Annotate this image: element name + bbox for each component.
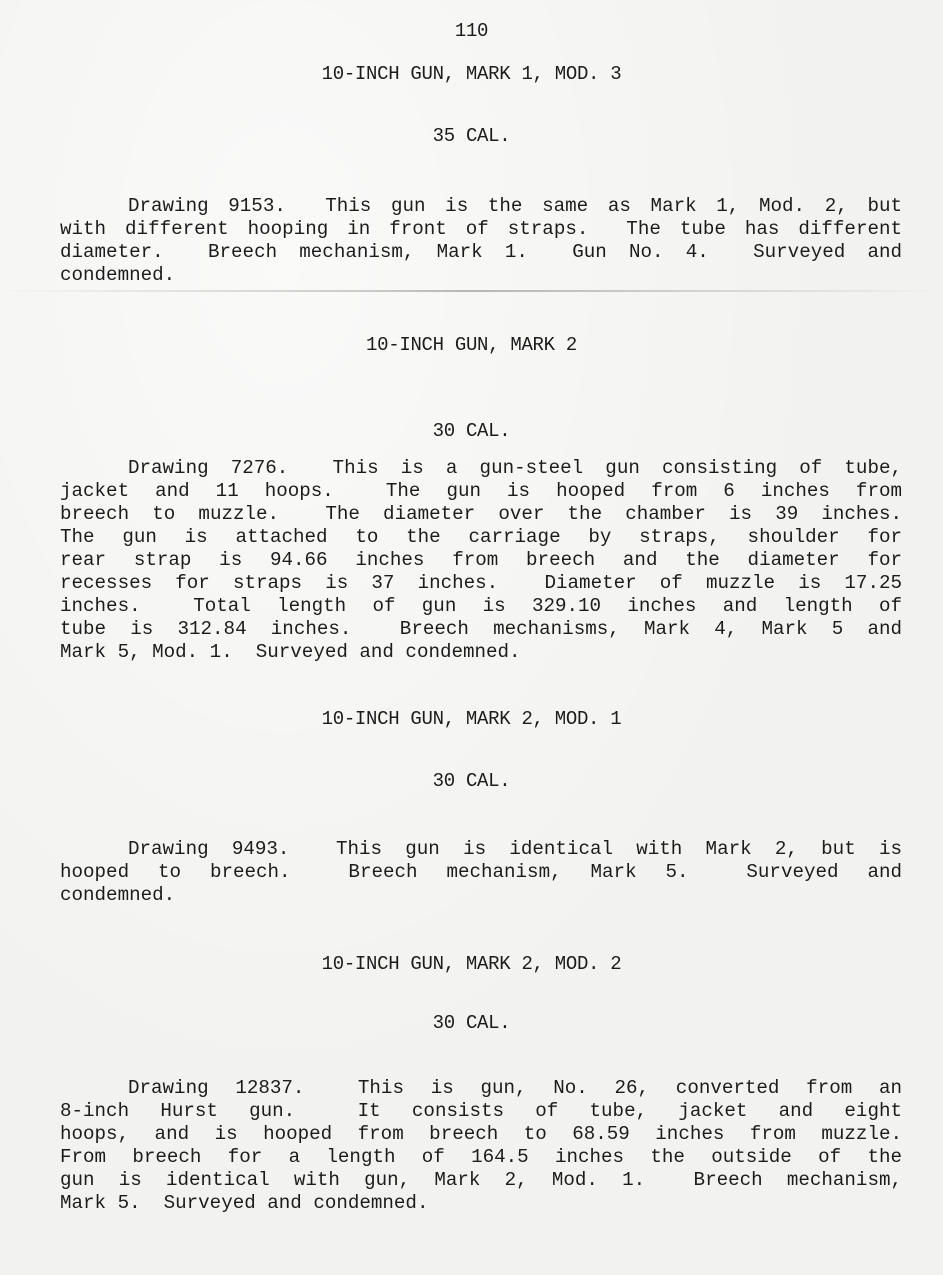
paragraph-line: Drawing 12837. This is gun, No. 26, conv… [60,1077,902,1100]
paragraph-line: tube is 312.84 inches. Breech mechanisms… [60,618,902,641]
document-page: 110 10-INCH GUN, MARK 1, MOD. 3 35 CAL. … [0,0,943,1275]
paragraph-line: hoops, and is hooped from breech to 68.5… [60,1123,902,1146]
paragraph-line: Drawing 9153. This gun is the same as Ma… [60,195,902,218]
section-caliber: 35 CAL. [0,125,943,148]
section-paragraph: Drawing 12837. This is gun, No. 26, conv… [60,1077,902,1215]
paragraph-line: hooped to breech. Breech mechanism, Mark… [60,861,902,884]
paragraph-line: Drawing 7276. This is a gun-steel gun co… [60,457,902,480]
paragraph-line: rear strap is 94.66 inches from breech a… [60,549,902,572]
paragraph-line: recesses for straps is 37 inches. Diamet… [60,572,902,595]
paragraph-line: with different hooping in front of strap… [60,218,902,241]
section-title: 10-INCH GUN, MARK 2, MOD. 2 [0,953,943,976]
paragraph-line: condemned. [60,264,902,287]
paragraph-line: Mark 5. Surveyed and condemned. [60,1192,902,1215]
page-number: 110 [0,20,943,43]
paragraph-line: diameter. Breech mechanism, Mark 1. Gun … [60,241,902,264]
section-paragraph: Drawing 7276. This is a gun-steel gun co… [60,457,902,664]
scan-artifact-line [0,290,943,292]
paragraph-line: condemned. [60,884,902,907]
section-caliber: 30 CAL. [0,420,943,443]
section-caliber: 30 CAL. [0,1012,943,1035]
section-paragraph: Drawing 9493. This gun is identical with… [60,838,902,907]
section-title: 10-INCH GUN, MARK 2 [0,334,943,357]
paragraph-line: 8-inch Hurst gun. It consists of tube, j… [60,1100,902,1123]
paragraph-line: From breech for a length of 164.5 inches… [60,1146,902,1169]
paragraph-line: inches. Total length of gun is 329.10 in… [60,595,902,618]
section-title: 10-INCH GUN, MARK 1, MOD. 3 [0,63,943,86]
section-paragraph: Drawing 9153. This gun is the same as Ma… [60,195,902,287]
paragraph-line: jacket and 11 hoops. The gun is hooped f… [60,480,902,503]
paragraph-line: gun is identical with gun, Mark 2, Mod. … [60,1169,902,1192]
paragraph-line: breech to muzzle. The diameter over the … [60,503,902,526]
section-title: 10-INCH GUN, MARK 2, MOD. 1 [0,708,943,731]
paragraph-line: Mark 5, Mod. 1. Surveyed and condemned. [60,641,902,664]
section-caliber: 30 CAL. [0,770,943,793]
paragraph-line: The gun is attached to the carriage by s… [60,526,902,549]
paragraph-line: Drawing 9493. This gun is identical with… [60,838,902,861]
